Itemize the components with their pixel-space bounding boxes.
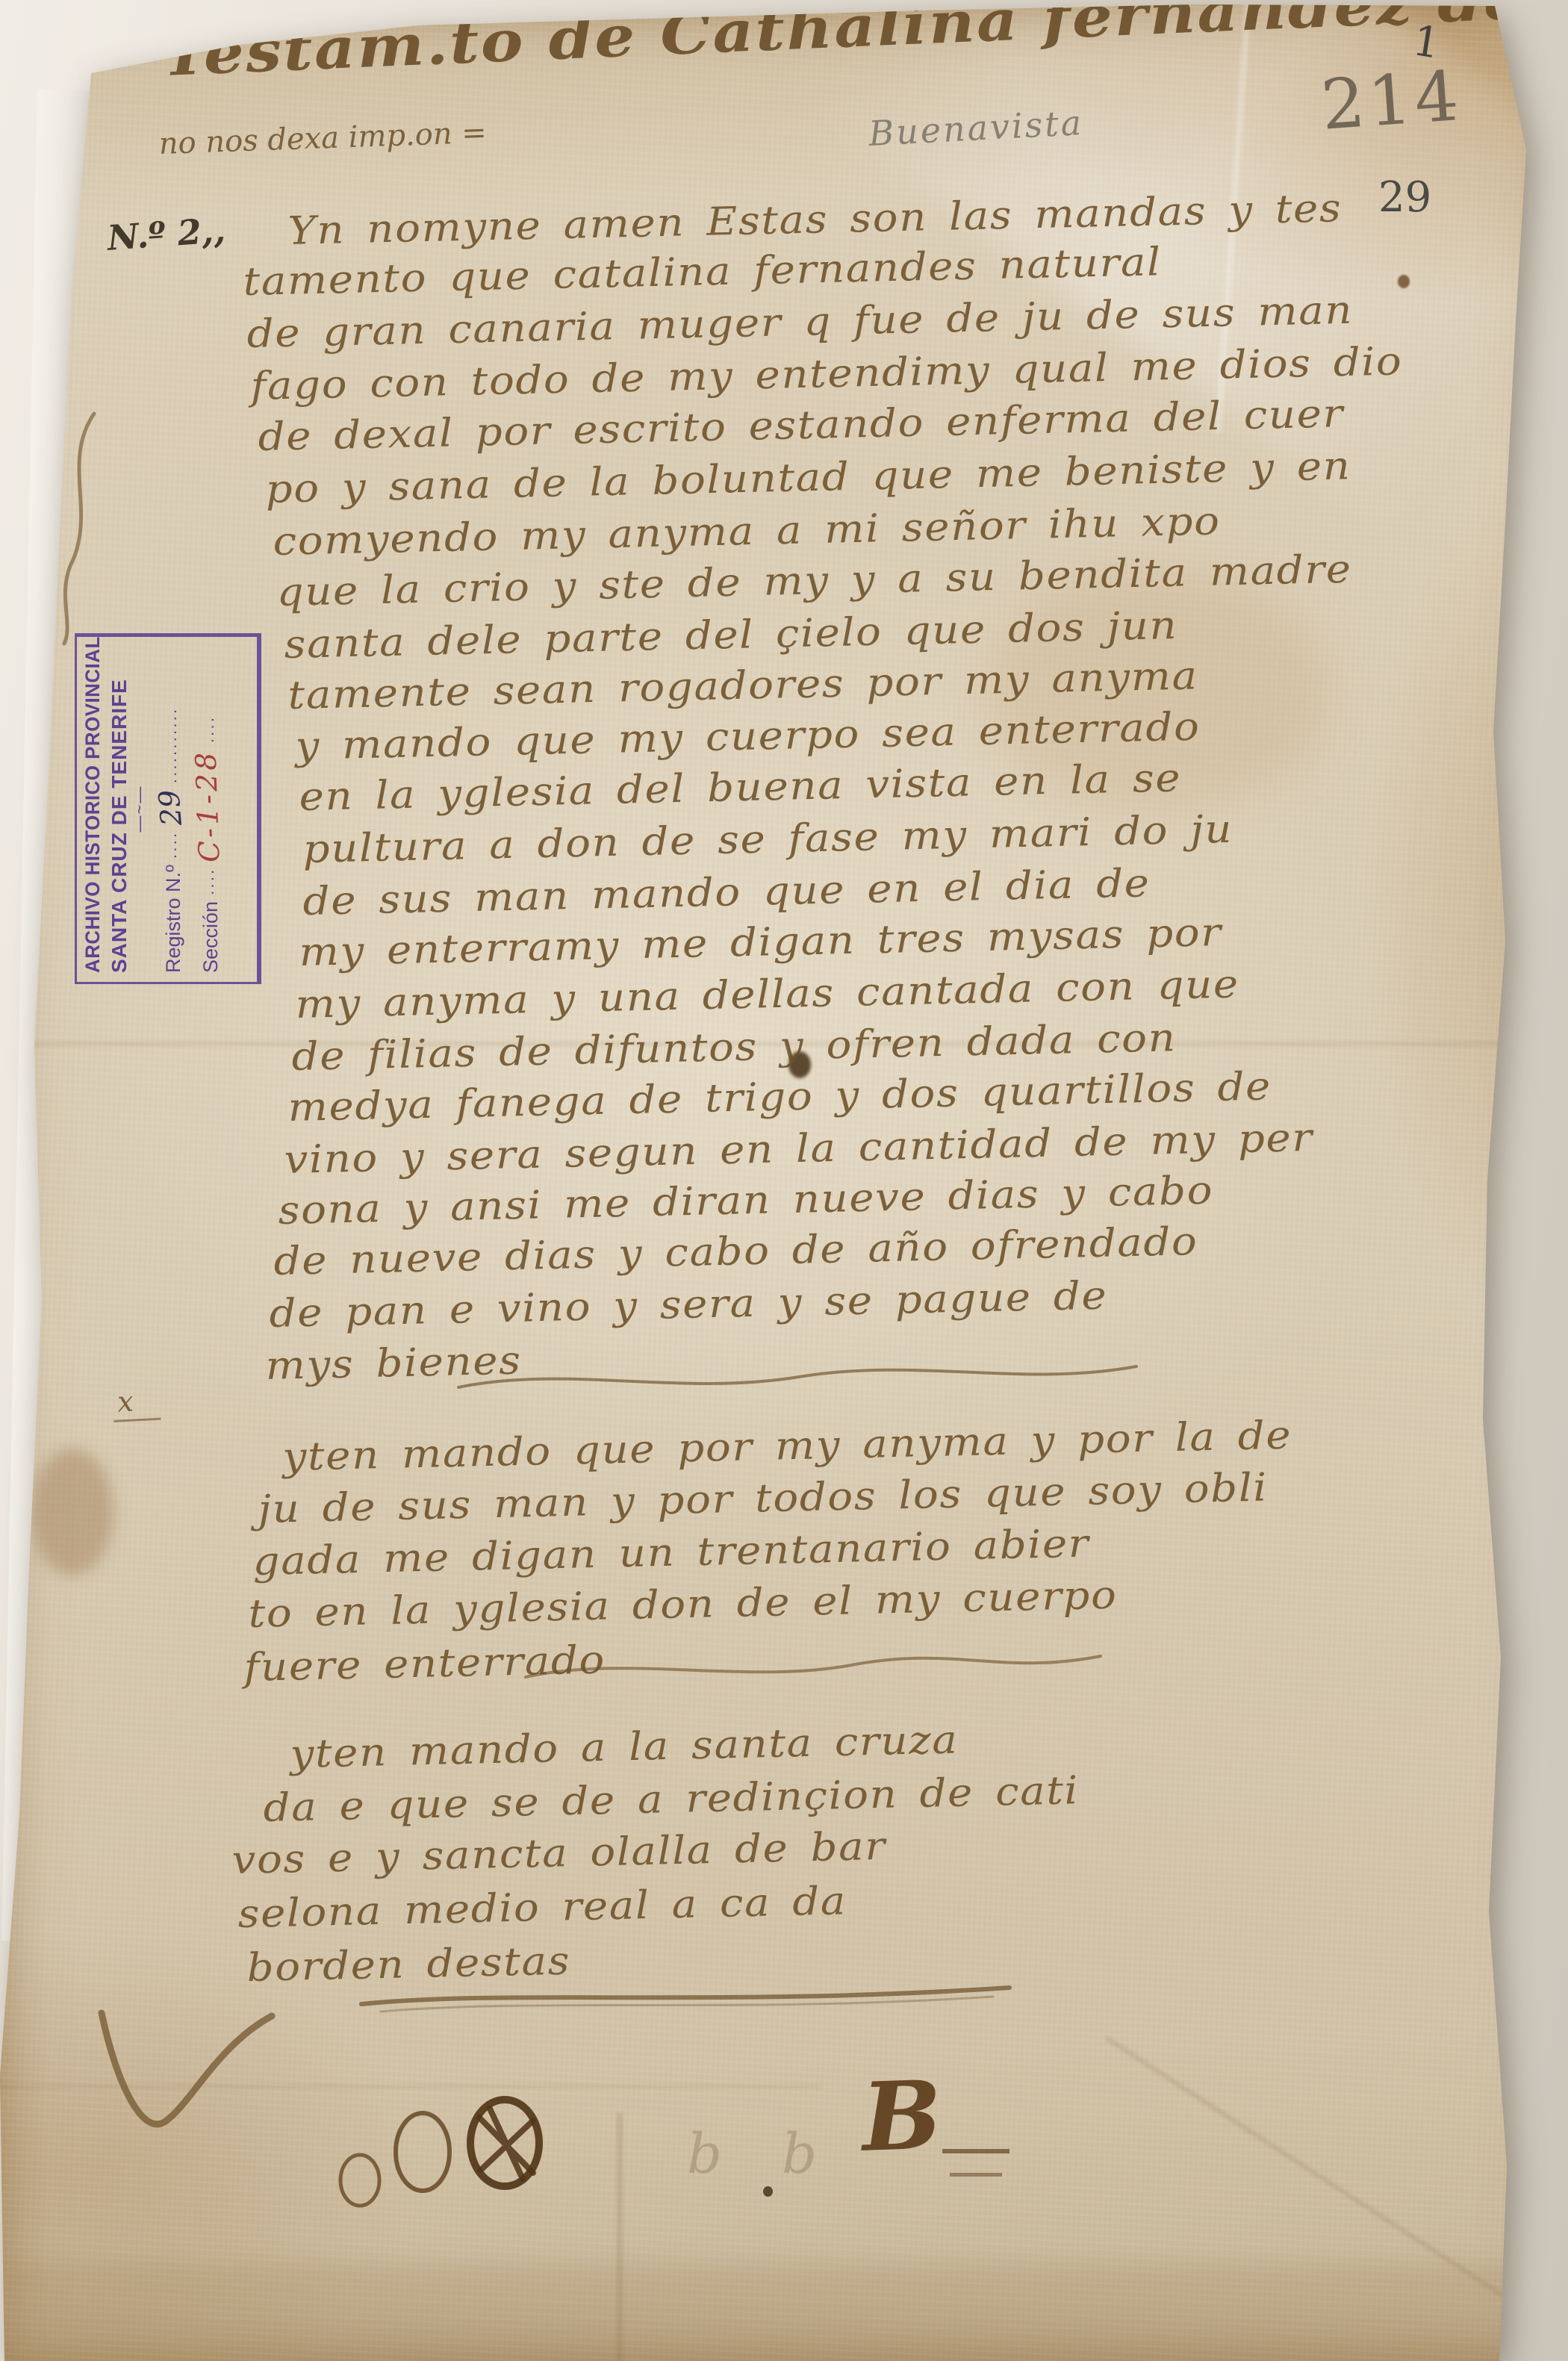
body-line: vos e y sancta olalla de bar — [231, 1824, 886, 1883]
rubric-dash — [950, 2173, 1002, 2177]
margin-dash-mark — [0, 0, 52, 6]
body-line: borden destas — [246, 1939, 571, 1991]
body-line: mys bienes — [265, 1339, 522, 1389]
flourish-line-icon — [523, 1649, 1105, 1690]
rubric-mark: B — [860, 2059, 944, 2173]
body-line: to en la yglesia don de el my cuerpo — [248, 1573, 1118, 1637]
margin-cross-mark: x — [112, 1384, 161, 1422]
flourish-check-icon — [90, 2001, 284, 2165]
flourish-line-icon — [455, 1357, 1142, 1402]
ink-blot — [763, 2186, 773, 2197]
rubric-dash — [942, 2149, 1009, 2153]
stamp-registro-label: Registro N.º — [162, 865, 184, 973]
stamp-dots: ···· — [202, 868, 221, 895]
stamp-dots: ···· — [165, 831, 184, 859]
body-line: yten mando a la santa cruza — [290, 1717, 959, 1777]
stamp-seccion-label: Sección — [199, 901, 222, 973]
manuscript-page: Testam.to de Cathalina fernandez de S.an… — [0, 0, 1568, 2361]
body-line: gada me digan un trentanario abier — [252, 1522, 1090, 1584]
body-line: fuere enterrado — [243, 1637, 606, 1690]
manuscript-photo: Testam.to de Cathalina fernandez de S.an… — [0, 0, 1568, 2361]
stamp-registro-row: Registro N.º ···· 29 ··········· — [154, 644, 187, 973]
paper-wrap: Testam.to de Cathalina fernandez de S.an… — [0, 0, 1568, 2361]
document-subtitle: no nos dexa imp.on = — [158, 116, 488, 161]
stamp-dots: ···· — [202, 715, 221, 743]
circle-marks-icon — [321, 2068, 635, 2225]
stamp-divider: —~— — [130, 644, 149, 973]
stamp-dots: ··········· — [165, 707, 184, 784]
faint-marks: b b — [687, 2122, 838, 2186]
archive-stamp: ARCHIVO HISTORICO PROVINCIAL SANTA CRUZ … — [75, 633, 261, 984]
fold-crease — [1105, 2035, 1509, 2300]
fold-crease — [617, 2113, 623, 2361]
fold-crease — [0, 2085, 821, 2088]
stamp-seccion-row: Sección ···· C-1-28 ···· — [191, 644, 224, 973]
body-line: de pan e vino y sera y se pague de — [269, 1274, 1108, 1337]
body-line: selona medio real a ca da — [237, 1879, 847, 1937]
folio-number-large: 214 — [1319, 56, 1464, 146]
stamp-archive-name: ARCHIVO HISTORICO PROVINCIAL — [81, 658, 105, 973]
stain — [31, 1449, 113, 1575]
body-line: da e que se de a redinçion de cati — [263, 1768, 1080, 1831]
folio-number-small-lower: 29 — [1378, 173, 1431, 222]
stamp-seccion-value: C-1-28 — [189, 749, 225, 863]
margin-flourish-icon — [48, 409, 115, 648]
stamp-registro-value: 29 — [152, 788, 188, 827]
stamp-archive-city: SANTA CRUZ DE TENERIFE — [108, 644, 131, 973]
margin-document-number: N.º 2,, — [106, 210, 227, 258]
stain — [0, 2262, 1568, 2361]
